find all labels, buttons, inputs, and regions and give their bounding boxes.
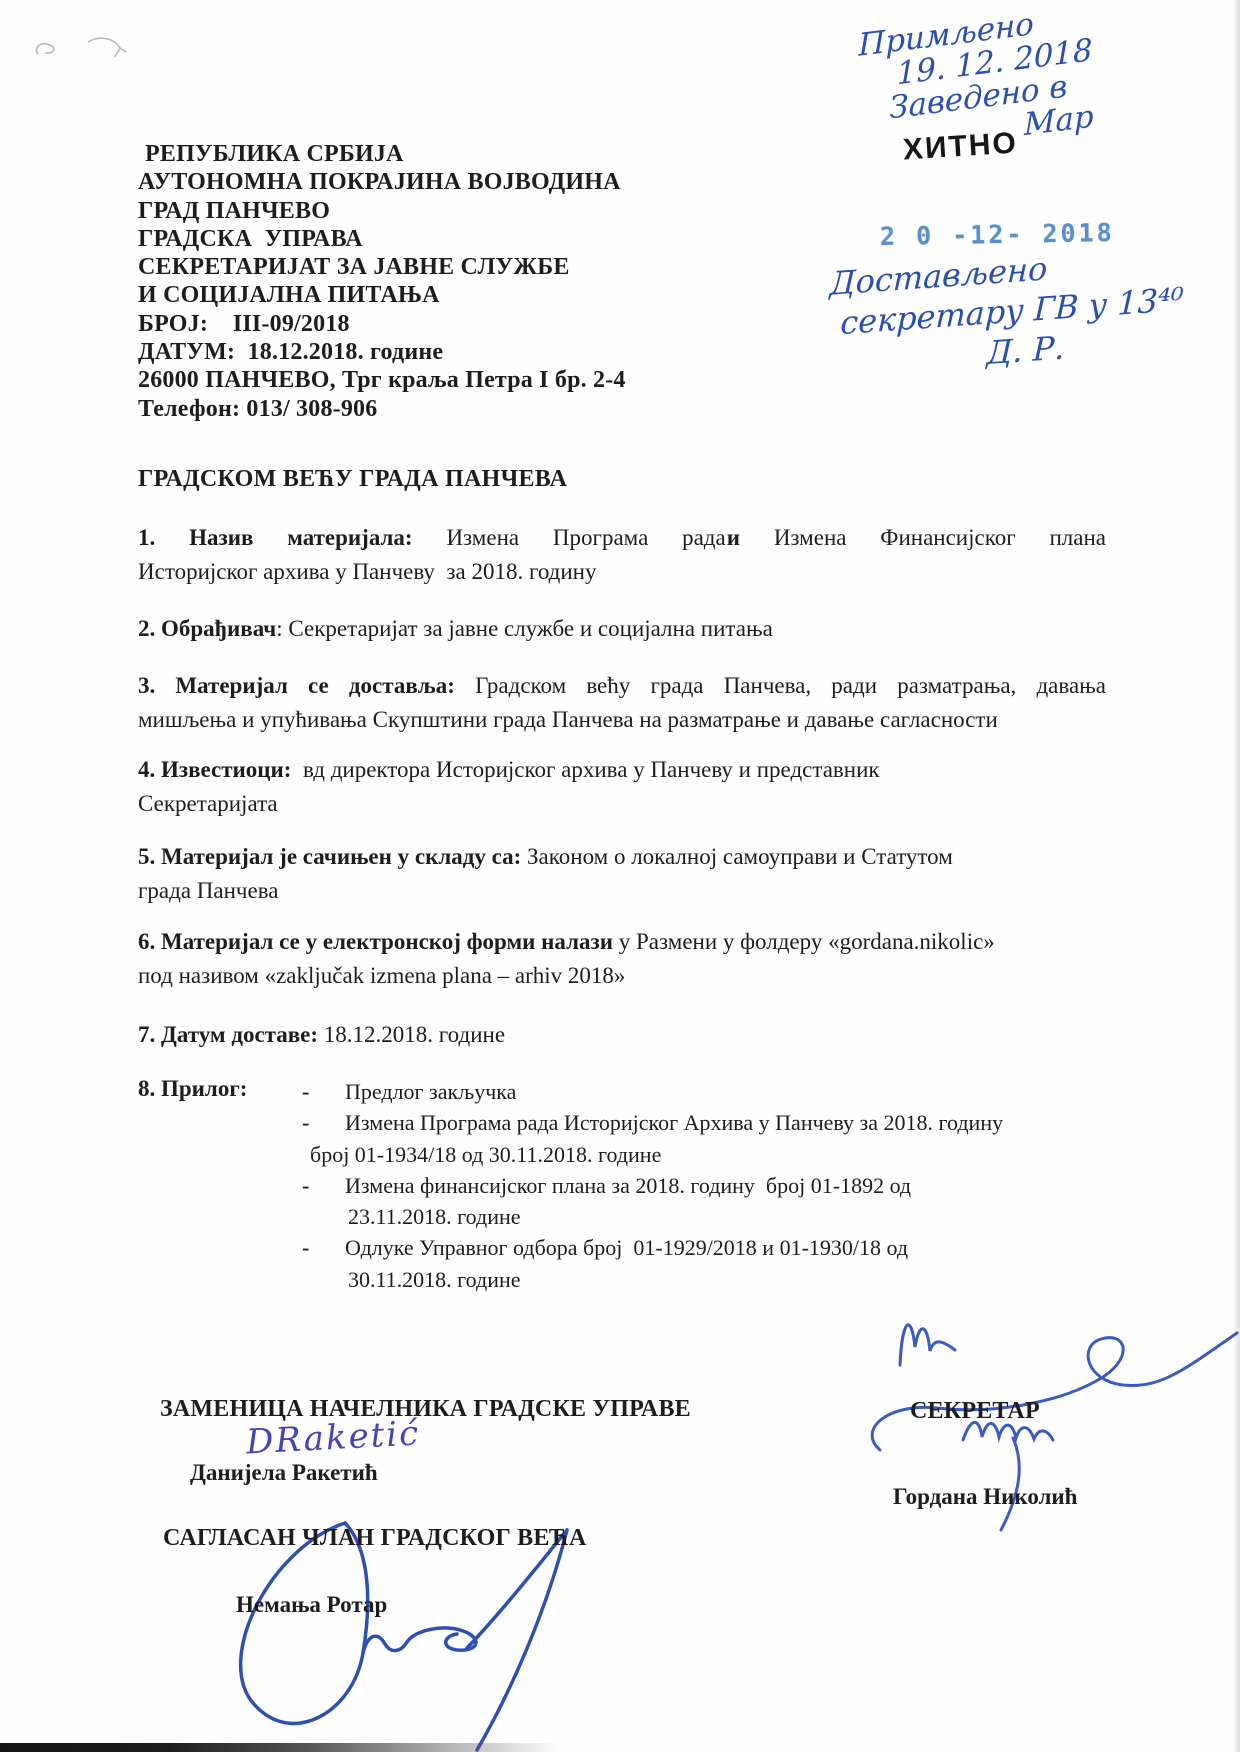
- item-3-line2: мишљења и упућивања Скупштини града Панч…: [138, 703, 1106, 737]
- bullet-dash: -: [302, 1170, 309, 1201]
- item-6-line1: 6. Материјал се у електронској форми нал…: [138, 925, 1106, 959]
- bullet-dash: -: [302, 1076, 309, 1107]
- item-5-text: Законом о локалној самоуправи и Статутом: [527, 844, 953, 869]
- bullet-dash: -: [302, 1107, 309, 1138]
- letterhead-date: ДАТУМ: 18.12.2018. године: [138, 338, 838, 366]
- letterhead-block: РЕПУБЛИКА СРБИЈА АУТОНОМНА ПОКРАЈИНА ВОЈ…: [138, 140, 838, 423]
- signature-secretary-title: СЕКРЕТАР: [910, 1398, 1040, 1425]
- attachment-text-continuation: 30.11.2018. године: [300, 1264, 1150, 1295]
- scan-mark-topleft: [30, 30, 140, 70]
- item-5-line1: 5. Материјал је сачињен у складу са: Зак…: [138, 840, 1106, 874]
- letterhead-number: БРОЈ: III-09/2018: [138, 310, 838, 338]
- document-page: Примљено 19. 12. 2018 Заведено в Мар ХИТ…: [0, 0, 1240, 1752]
- attachment-text: Измена Програма рада Историјског Архива …: [345, 1110, 1003, 1135]
- item-3-text: Градском већу града Панчева, ради размат…: [475, 673, 1106, 698]
- urgent-stamp: ХИТНО: [902, 127, 1019, 168]
- handwritten-delivered-note: Достављено секретару ГВ у 13⁴⁰ Д. Р.: [826, 240, 1169, 384]
- item-5-line2: града Панчева: [138, 874, 1106, 908]
- item-6-line2: под називом «zaključak izmena plana – ar…: [138, 959, 1106, 993]
- letterhead-line: РЕПУБЛИКА СРБИЈА: [138, 140, 838, 168]
- addressee-heading: ГРАДСКОМ ВЕЋУ ГРАДА ПАНЧЕВА: [138, 466, 567, 493]
- signature-member-title: САГЛАСАН ЧЛАН ГРАДСКОГ ВЕЋА: [163, 1525, 587, 1552]
- item-1-line2: Историјског архива у Панчеву за 2018. го…: [138, 555, 1106, 589]
- item-4-line1: 4. Известиоци: вд директора Историјског …: [138, 753, 1106, 787]
- attachment-row: - Измена Програма рада Историјског Архив…: [300, 1107, 1150, 1138]
- item-3-line1: 3. Материјал се доставља: Градском већу …: [138, 669, 1106, 703]
- signature-deputy-name: Данијела Ракетић: [190, 1460, 378, 1486]
- attachment-row: - Одлуке Управног одбора број 01-1929/20…: [300, 1232, 1150, 1263]
- item-7-text: 18.12.2018. године: [324, 1022, 505, 1047]
- bullet-dash: -: [302, 1232, 309, 1263]
- item-4-label: 4. Известиоци:: [138, 757, 291, 782]
- attachment-row: - Предлог закључка: [300, 1076, 1150, 1107]
- attachment-text-continuation: 23.11.2018. године: [300, 1201, 1150, 1232]
- letterhead-line: СЕКРЕТАРИЈАТ ЗА ЈАВНЕ СЛУЖБЕ: [138, 253, 838, 281]
- item-6-label: 6. Материјал се у електронској форми нал…: [138, 929, 613, 954]
- item-2-text: : Секретаријат за јавне службе и социјал…: [276, 616, 773, 641]
- signature-secretary-name: Гордана Николић: [893, 1484, 1077, 1510]
- letterhead-line: И СОЦИЈАЛНА ПИТАЊА: [138, 281, 838, 309]
- letterhead-phone: Телефон: 013/ 308-906: [138, 395, 838, 423]
- attachment-text: Одлуке Управног одбора број 01-1929/2018…: [345, 1235, 908, 1260]
- item-6: 6. Материјал се у електронској форми нал…: [138, 925, 1106, 993]
- item-5-label: 5. Материјал је сачињен у складу са:: [138, 844, 521, 869]
- attachment-text-continuation: број 01-1934/18 од 30.11.2018. године: [300, 1139, 1150, 1170]
- letterhead-address: 26000 ПАНЧЕВО, Трг краља Петра I бр. 2-4: [138, 366, 838, 394]
- signature-deputy-autograph: DRaketić: [245, 1413, 421, 1462]
- attachment-row: - Измена финансијског плана за 2018. год…: [300, 1170, 1150, 1201]
- item-1-text: Измена Финансијског плана: [774, 525, 1106, 550]
- item-7: 7. Датум доставе: 18.12.2018. године: [138, 1018, 1106, 1052]
- item-1: 1. Назив материјала: Измена Програма рад…: [138, 521, 1106, 589]
- attachment-text: Предлог закључка: [345, 1079, 516, 1104]
- letterhead-line: ГРАД ПАНЧЕВО: [138, 197, 838, 225]
- signature-member-name: Немања Ротар: [236, 1592, 387, 1618]
- item-8-label: 8. Прилог:: [138, 1076, 247, 1102]
- item-5: 5. Материјал је сачињен у складу са: Зак…: [138, 840, 1106, 908]
- item-4-line2: Секретаријата: [138, 787, 1106, 821]
- item-7-label: 7. Датум доставе:: [138, 1022, 318, 1047]
- item-8-attachments-list: - Предлог закључка - Измена Програма рад…: [300, 1076, 1150, 1295]
- item-6-text: у Размени у фолдеру «gordana.nikolic»: [619, 929, 995, 954]
- item-1-text: Измена Програма рада: [446, 525, 725, 550]
- item-4: 4. Известиоци: вд директора Историјског …: [138, 753, 1106, 821]
- item-2: 2. Обрађивач: Секретаријат за јавне служ…: [138, 612, 1106, 646]
- letterhead-line: АУТОНОМНА ПОКРАЈИНА ВОЈВОДИНА: [138, 168, 838, 196]
- inserted-letter: и: [727, 525, 740, 550]
- signature-deputy-title: ЗАМЕНИЦА НАЧЕЛНИКА ГРАДСКЕ УПРАВЕ: [160, 1396, 691, 1423]
- item-2-label: 2. Обрађивач: [138, 616, 276, 641]
- item-4-text: вд директора Историјског архива у Панчев…: [297, 757, 879, 782]
- item-3-label: 3. Материјал се доставља:: [138, 673, 455, 698]
- letterhead-line: ГРАДСКА УПРАВА: [138, 225, 838, 253]
- item-1-label: 1. Назив материјала:: [138, 525, 413, 550]
- scan-artifact-bottom-band: [0, 1743, 560, 1752]
- attachment-text: Измена финансијског плана за 2018. годин…: [345, 1173, 911, 1198]
- item-1-line1: 1. Назив материјала: Измена Програма рад…: [138, 521, 1106, 555]
- item-3: 3. Материјал се доставља: Градском већу …: [138, 669, 1106, 737]
